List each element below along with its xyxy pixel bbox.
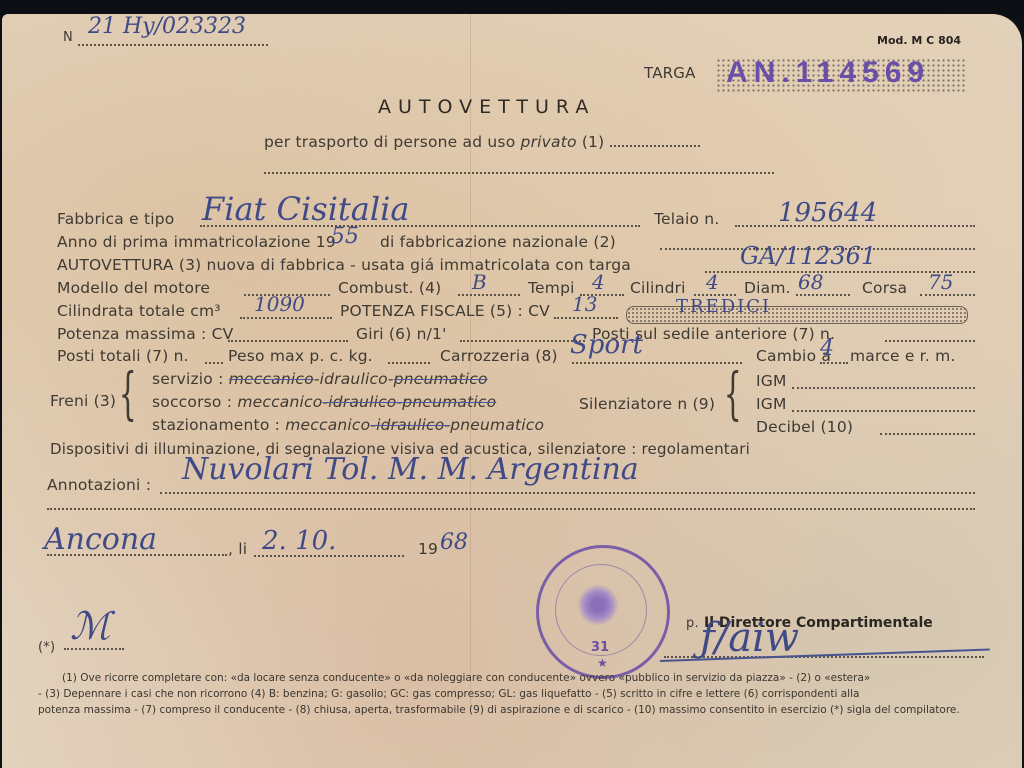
model-code: Mod. M C 804 [877,34,961,47]
previous-targa-value: GA/112361 [740,242,876,270]
registration-document [2,14,1022,768]
stamp-star-icon: ★ [597,656,608,670]
compiler-initials: ℳ [70,604,111,648]
freni-brace: { [119,362,137,427]
targa-label: TARGA [644,64,696,82]
potenza-fiscale-words: TREDICI [676,296,771,317]
cilindrata-value: 1090 [254,292,305,316]
freni-label: Freni (3) [50,392,116,410]
freni-servizio: servizio : meccanico-idraulico-pneumatic… [152,370,488,388]
peso-label: Peso max p. c. kg. [228,347,373,365]
document-number: 21 Hy/023323 [88,14,246,39]
telaio-label: Telaio n. [654,210,719,228]
igm1-label: IGM [756,372,787,390]
director-signature: ƒ/aiw [700,615,799,661]
footnote-line-1: (1) Ove ricorre completare con: «da loca… [62,672,870,684]
anno-label: Anno di prima immatricolazione 19 [57,233,336,251]
anno-value: 55 [331,224,359,249]
silenziatore-brace: { [724,362,742,427]
cilindri-label: Cilindri [630,279,686,297]
autovettura-label: AUTOVETTURA (3) nuova di fabbrica - usat… [57,256,631,274]
cambio-value: 4 [820,336,834,361]
official-stamp: 31 ★ [536,545,670,679]
modello-motore-label: Modello del motore [57,279,210,297]
potenza-fiscale-value: 13 [572,292,597,316]
fabbrica-label: Fabbrica e tipo [57,210,174,228]
carrozzeria-value: Sport [570,330,643,360]
freni-stazionamento: stazionamento : meccanico-idraulico-pneu… [152,416,544,434]
tempi-value: 4 [592,270,605,294]
silenziatore-label: Silenziatore n (9) [579,395,715,413]
combustibile-label: Combust. (4) [338,279,441,297]
place-value: Ancona [44,522,157,557]
stamp-number: 31 [591,640,609,655]
telaio-value: 195644 [778,198,877,228]
corsa-label: Corsa [862,279,907,297]
carrozzeria-label: Carrozzeria (8) [440,347,558,365]
document-subtitle: per trasporto di persone ad uso privato … [264,133,700,151]
republic-emblem-icon [577,584,619,626]
footnote-line-2: - (3) Depennare i casi che non ricorrono… [38,688,859,700]
diametro-label: Diam. [744,279,791,297]
compiler-mark-label: (*) [38,640,55,655]
annotazioni-value: Nuvolari Tol. M. M. Argentina [182,452,639,487]
potenza-massima-label: Potenza massima : CV [57,325,233,343]
combustibile-value: B [472,270,487,294]
cilindri-value: 4 [706,270,719,294]
cambio-suffix: marce e r. m. [850,347,956,365]
year-value: 68 [440,530,468,555]
fabbrica-value: Fiat Cisitalia [202,190,409,228]
year-prefix: 19 [418,540,438,558]
giri-label: Giri (6) n/1' [356,325,447,343]
tempi-label: Tempi [528,279,575,297]
corsa-value: 75 [928,270,953,294]
cilindrata-label: Cilindrata totale cm³ [57,302,221,320]
freni-soccorso: soccorso : meccanico-idraulico-pneumatic… [152,393,496,411]
diametro-value: 68 [798,270,823,294]
subtitle-dotted-line [264,172,774,174]
targa-value: AN.114569 [726,56,930,90]
document-title: AUTOVETTURA [378,96,595,118]
director-prefix: p. [686,616,699,631]
annotazioni-label: Annotazioni : [47,476,151,494]
number-label: N [63,30,73,45]
igm2-label: IGM [756,395,787,413]
li-label: , li [228,540,247,558]
decibel-label: Decibel (10) [756,418,853,436]
footnote-line-3: potenza massima - (7) compreso il conduc… [38,704,960,716]
date-value: 2. 10. [262,526,336,556]
fabbricazione-label: di fabbricazione nazionale (2) [380,233,616,251]
annotazioni-second-line [47,508,975,510]
potenza-fiscale-label: POTENZA FISCALE (5) : CV [340,302,550,320]
